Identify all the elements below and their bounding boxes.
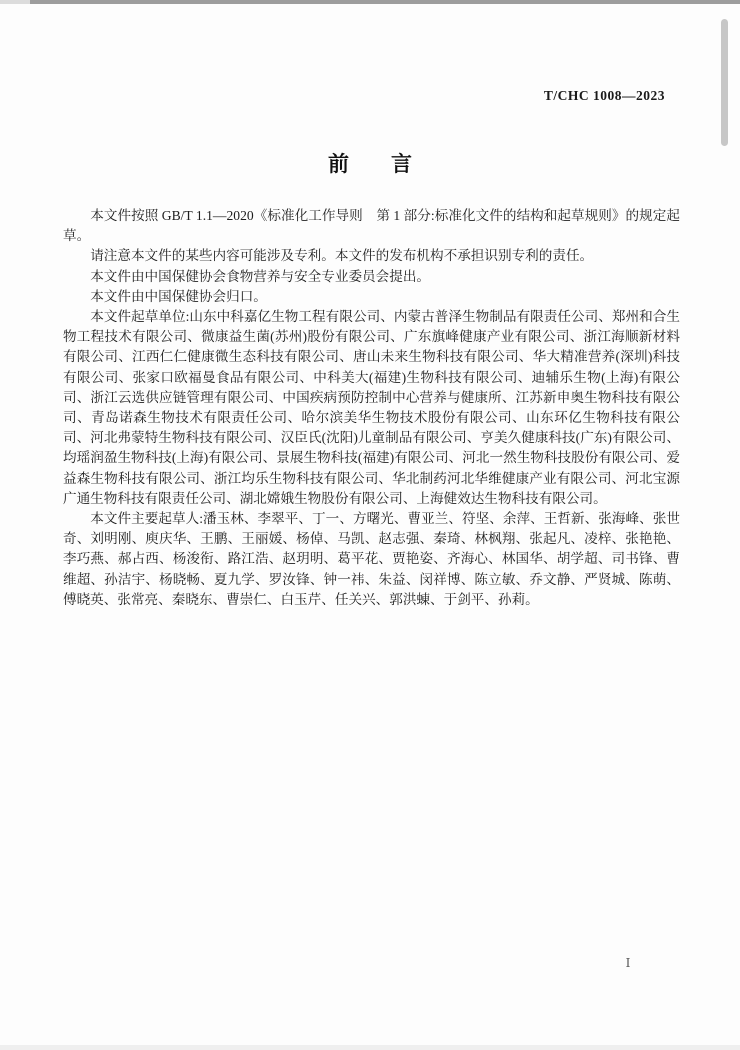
paragraph-main-drafters: 本文件主要起草人:潘玉林、李翠平、丁一、方曙光、曹亚兰、符坚、余萍、王哲新、张海… — [63, 509, 680, 610]
document-number: T/CHC 1008—2023 — [544, 88, 665, 104]
paragraph-drafting-organizations: 本文件起草单位:山东中科嘉亿生物工程有限公司、内蒙古普泽生物制品有限责任公司、郑… — [63, 307, 680, 509]
document-page: T/CHC 1008—2023 前 言 本文件按照 GB/T 1.1—2020《… — [0, 0, 740, 1050]
paragraph-patent-notice: 请注意本文件的某些内容可能涉及专利。本文件的发布机构不承担识别专利的责任。 — [63, 246, 680, 266]
paragraph-proposed-by: 本文件由中国保健协会食物营养与安全专业委员会提出。 — [63, 267, 680, 287]
foreword-body: 本文件按照 GB/T 1.1—2020《标准化工作导则 第 1 部分:标准化文件… — [63, 206, 680, 610]
page-number: Ⅰ — [618, 956, 638, 971]
page-title: 前 言 — [0, 148, 740, 178]
page-top-edge — [0, 0, 740, 4]
paragraph-drafting-basis: 本文件按照 GB/T 1.1—2020《标准化工作导则 第 1 部分:标准化文件… — [63, 206, 680, 246]
page-bottom-edge — [0, 1045, 740, 1050]
paragraph-under-jurisdiction: 本文件由中国保健协会归口。 — [63, 287, 680, 307]
scrollbar-thumb[interactable] — [721, 19, 728, 146]
